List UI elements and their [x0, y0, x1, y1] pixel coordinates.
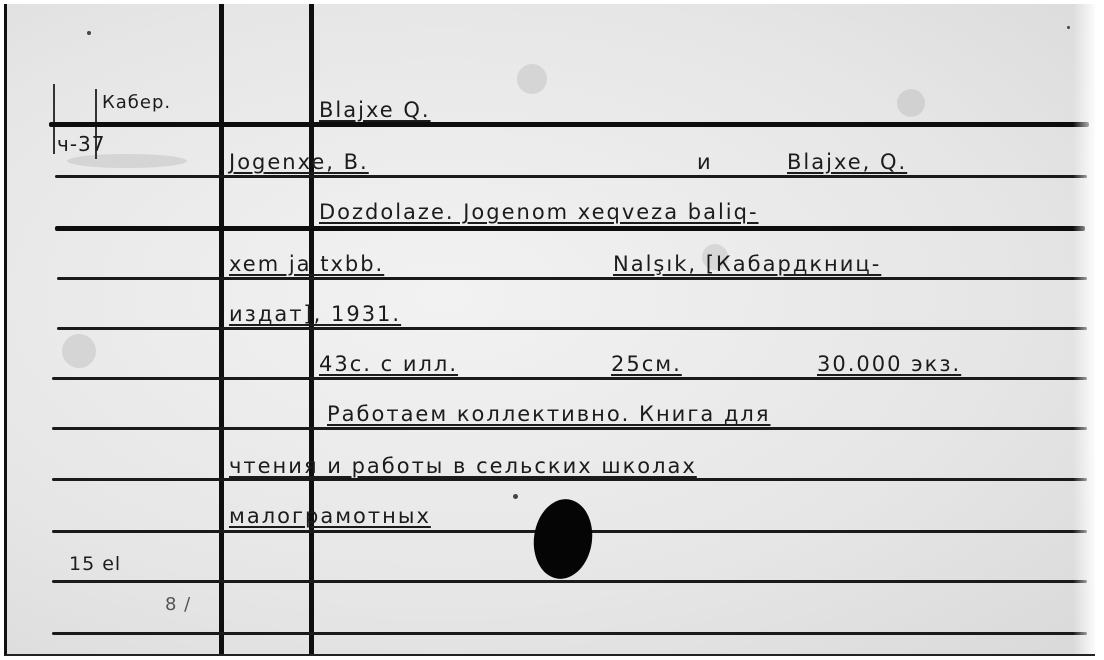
- heading-author: Blajxe Q.: [319, 98, 431, 122]
- rule-line: [52, 427, 1087, 430]
- rule-line: [52, 580, 1087, 583]
- location-label: Кабер.: [102, 92, 171, 113]
- translation-line-2: чтения и работы в сельских школах: [229, 454, 697, 478]
- title-line-2: xem ja txbb.: [229, 252, 384, 276]
- publisher-year: издат], 1931.: [229, 302, 401, 326]
- scan-smudge: [62, 334, 96, 368]
- bottom-code: 15 el: [69, 553, 121, 575]
- rule-line: [52, 478, 1087, 481]
- rule-line: [57, 277, 1087, 280]
- title-line-1: Dozdolaze. Jogenom xeqveza baliq-: [319, 200, 759, 224]
- collation-copies: 30.000 экз.: [817, 352, 961, 376]
- shelf-mark: ч-37: [57, 132, 105, 156]
- author-conjunction: и: [697, 150, 713, 174]
- translation-line-3: малограмотных: [229, 504, 431, 528]
- bottom-mark: 8 /: [165, 594, 191, 615]
- scan-speck: [513, 494, 518, 499]
- rule-line: [57, 327, 1087, 330]
- author-1: Jogenxe, B.: [229, 150, 369, 174]
- rule-line: [52, 377, 1087, 380]
- collation-pages: 43с. с илл.: [319, 352, 458, 376]
- catalog-card: Кабер. ч-37 15 el 8 / Blajxe Q. Jogenxe,…: [4, 4, 1095, 656]
- rule-line: [55, 226, 1085, 231]
- author-2: Blajxe, Q.: [787, 150, 907, 174]
- rule-heading: [49, 122, 1089, 127]
- rule-line: [52, 632, 1087, 635]
- scan-smudge: [517, 64, 547, 94]
- scan-smudge: [67, 154, 187, 168]
- scan-smudge: [897, 89, 925, 117]
- scan-speck: [1067, 26, 1070, 29]
- tick-mark: [53, 84, 55, 154]
- rule-line: [55, 175, 1087, 178]
- translation-line-1: Работаем коллективно. Книга для: [327, 402, 770, 426]
- collation-size: 25см.: [611, 352, 682, 376]
- publisher-place: Nalşık, [Кабардкниц-: [613, 252, 881, 276]
- punch-hole: [529, 495, 598, 582]
- scan-speck: [87, 31, 91, 35]
